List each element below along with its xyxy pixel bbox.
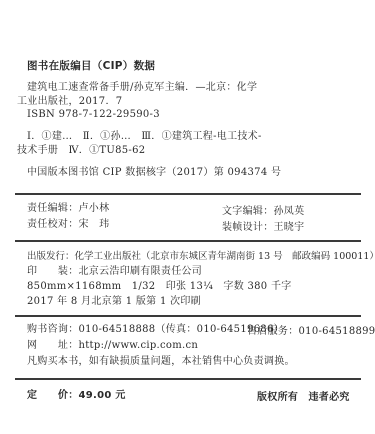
proofreader: 责任校对：宋 玮 (27, 219, 109, 231)
purchase-phone: 购书咨询：010-64518888（传真：010-64519686） (27, 324, 284, 336)
website[interactable]: 网 址：http://www.cip.com.cn (27, 340, 198, 352)
cip-heading: 图书在版编目（CIP）数据 (27, 60, 155, 72)
designer: 装帧设计：王晓宇 (222, 222, 304, 234)
exchange-notice: 凡购买本书，如有缺损质量问题，本社销售中心负责调换。 (27, 356, 295, 368)
subject-line-1: Ⅰ．①建… Ⅱ．①孙… Ⅲ．①建筑工程-电工技术- (27, 131, 262, 143)
divider (15, 193, 361, 195)
price: 定 价：49.00 元 (27, 390, 126, 402)
responsible-editor: 责任编辑：卢小林 (27, 203, 109, 215)
divider (15, 240, 361, 242)
format: 850mm×1168mm 1/32 印张 13¼ 字数 380 千字 (27, 281, 292, 293)
divider (15, 315, 361, 317)
publisher: 出版发行：化学工业出版社（北京市东城区青年湖南街 13 号 邮政编码 10001… (27, 251, 375, 263)
isbn: ISBN 978-7-122-29590-3 (27, 109, 160, 121)
text-editor: 文字编辑：孙凤英 (222, 206, 304, 218)
printer: 印 装：北京云浩印刷有限责任公司 (27, 266, 202, 278)
library-approval: 中国版本图书馆 CIP 数据核字（2017）第 094374 号 (27, 167, 281, 179)
cip-line-1: 建筑电工速查常备手册/孙克军主编．—北京：化学 (27, 82, 257, 94)
cip-line-2: 工业出版社，2017．7 (17, 96, 122, 108)
divider (15, 378, 361, 380)
after-sales-phone: 售后服务：010-64518899 (247, 326, 375, 338)
copyright: 版权所有 违者必究 (257, 392, 350, 404)
subject-line-2: 技术手册 Ⅳ．①TU85-62 (17, 145, 145, 157)
edition: 2017 年 8 月北京第 1 版第 1 次印刷 (27, 296, 201, 308)
